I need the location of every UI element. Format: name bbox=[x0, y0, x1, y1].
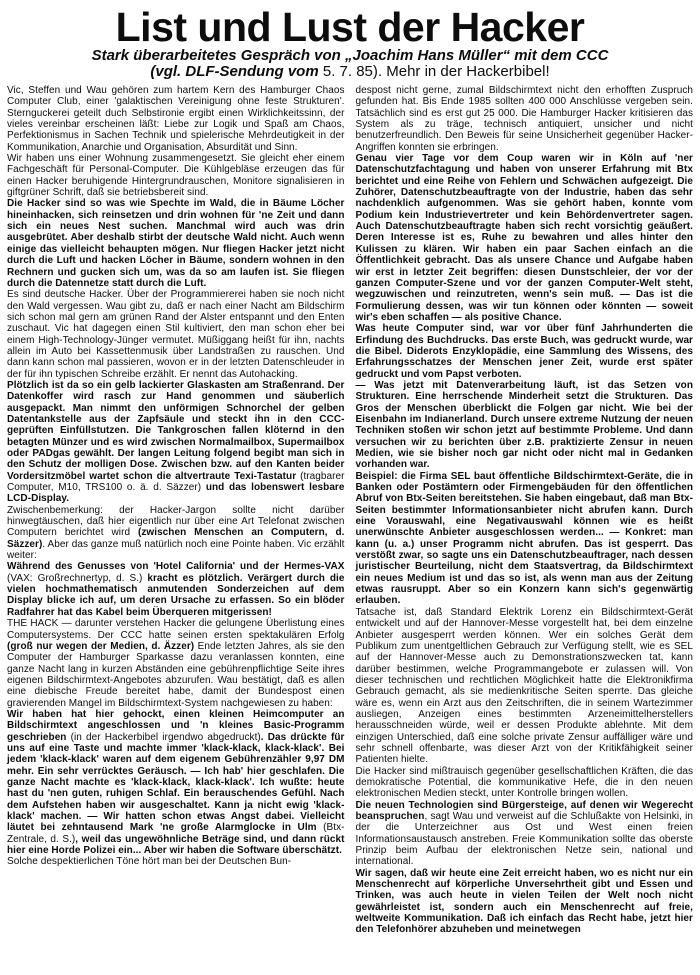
paragraph: Was heute Computer sind, war vor über fü… bbox=[356, 323, 694, 380]
text-run: Die Hacker sind so was wie Spechte im Wa… bbox=[7, 198, 345, 288]
text-run: Wir sagen, daß wir heute eine Zeit errei… bbox=[356, 868, 694, 936]
article-subtitle-line2: (vgl. DLF-Sendung vom 5. 7. 85). Mehr in… bbox=[7, 64, 693, 80]
text-run: Tatsache ist, daß Standard Elektrik Lore… bbox=[356, 607, 694, 765]
column-right: despost nicht gerne, zumal Bildschirmtex… bbox=[356, 85, 694, 936]
text-run: . Das drückte für uns auf eine Taste und… bbox=[7, 732, 345, 834]
text-run: Solche despektierlichen Töne hört man be… bbox=[7, 856, 291, 867]
paragraph: despost nicht gerne, zumal Bildschirmtex… bbox=[356, 85, 694, 153]
paragraph: Es sind deutsche Hacker. Über der Progra… bbox=[7, 289, 345, 380]
paragraph: Die Hacker sind mißtrauisch gegenüber ge… bbox=[356, 766, 694, 800]
paragraph: THE HACK — darunter verstehen Hacker die… bbox=[7, 618, 345, 709]
text-run: — Was jetzt mit Datenverarbeitung läuft,… bbox=[356, 380, 694, 470]
paragraph: Zwischenbemerkung: der Hacker-Jargon sol… bbox=[7, 505, 345, 562]
paragraph: Solche despektierlichen Töne hört man be… bbox=[7, 856, 345, 867]
text-run: (in der Hackerbibel irgendwo abgedruckt) bbox=[71, 732, 261, 743]
text-run: Wir haben uns einer Wohnung zusammengese… bbox=[7, 153, 345, 198]
document-page: List und Lust der Hacker Stark überarbei… bbox=[0, 0, 700, 975]
paragraph: Beispiel: die Firma SEL baut öffentliche… bbox=[356, 471, 694, 607]
paragraph: Wir haben uns einer Wohnung zusammengese… bbox=[7, 153, 345, 198]
text-run: Es sind deutsche Hacker. Über der Progra… bbox=[7, 289, 345, 379]
paragraph: Wir sagen, daß wir heute eine Zeit errei… bbox=[356, 868, 694, 936]
text-run: Stark überarbeitetes Gespräch von „Joach… bbox=[92, 47, 609, 64]
column-left: Vic, Steffen und Wau gehören zum hartem … bbox=[7, 85, 345, 936]
text-run: 5. 7. 85). Mehr in der Hackerbibel! bbox=[323, 63, 550, 80]
paragraph: — Was jetzt mit Datenverarbeitung läuft,… bbox=[356, 380, 694, 471]
text-run: (vgl. DLF-Sendung vom bbox=[150, 63, 323, 80]
paragraph: Die neuen Technologien sind Bürgersteige… bbox=[356, 800, 694, 868]
paragraph: Wir haben hat hier gehockt, einen kleine… bbox=[7, 709, 345, 856]
paragraph: Tatsache ist, daß Standard Elektrik Lore… bbox=[356, 607, 694, 766]
article-body: Vic, Steffen und Wau gehören zum hartem … bbox=[7, 85, 693, 936]
text-run: Während des Genusses von 'Hotel Californ… bbox=[7, 561, 345, 572]
text-run: THE HACK — darunter verstehen Hacker die… bbox=[7, 618, 345, 640]
text-run: Die Hacker sind mißtrauisch gegenüber ge… bbox=[356, 766, 694, 800]
paragraph: Vic, Steffen und Wau gehören zum hartem … bbox=[7, 85, 345, 153]
article-subtitle-line1: Stark überarbeitetes Gespräch von „Joach… bbox=[7, 48, 693, 64]
text-run: Beispiel: die Firma SEL baut öffentliche… bbox=[356, 471, 694, 607]
paragraph: Während des Genusses von 'Hotel Californ… bbox=[7, 561, 345, 618]
text-run: Vic, Steffen und Wau gehören zum hartem … bbox=[7, 85, 345, 153]
paragraph: Genau vier Tage vor dem Coup waren wir i… bbox=[356, 153, 694, 323]
text-run: Was heute Computer sind, war vor über fü… bbox=[356, 323, 694, 379]
paragraph: Plötzlich ist da so ein gelb lackierter … bbox=[7, 380, 345, 505]
text-run: Genau vier Tage vor dem Coup waren wir i… bbox=[356, 153, 694, 323]
text-run: Plötzlich ist da so ein gelb lackierter … bbox=[7, 380, 345, 482]
article-title: List und Lust der Hacker bbox=[7, 6, 693, 48]
text-run: (VAX: Großrechnertyp, d. S.) bbox=[7, 573, 147, 584]
paragraph: Die Hacker sind so was wie Spechte im Wa… bbox=[7, 198, 345, 289]
text-run: . Aber das ganze muß natürlich noch eine… bbox=[7, 539, 345, 561]
text-run: (groß nur wegen der Medien, d. Äzzer) bbox=[7, 641, 198, 652]
text-run: despost nicht gerne, zumal Bildschirmtex… bbox=[356, 85, 694, 153]
